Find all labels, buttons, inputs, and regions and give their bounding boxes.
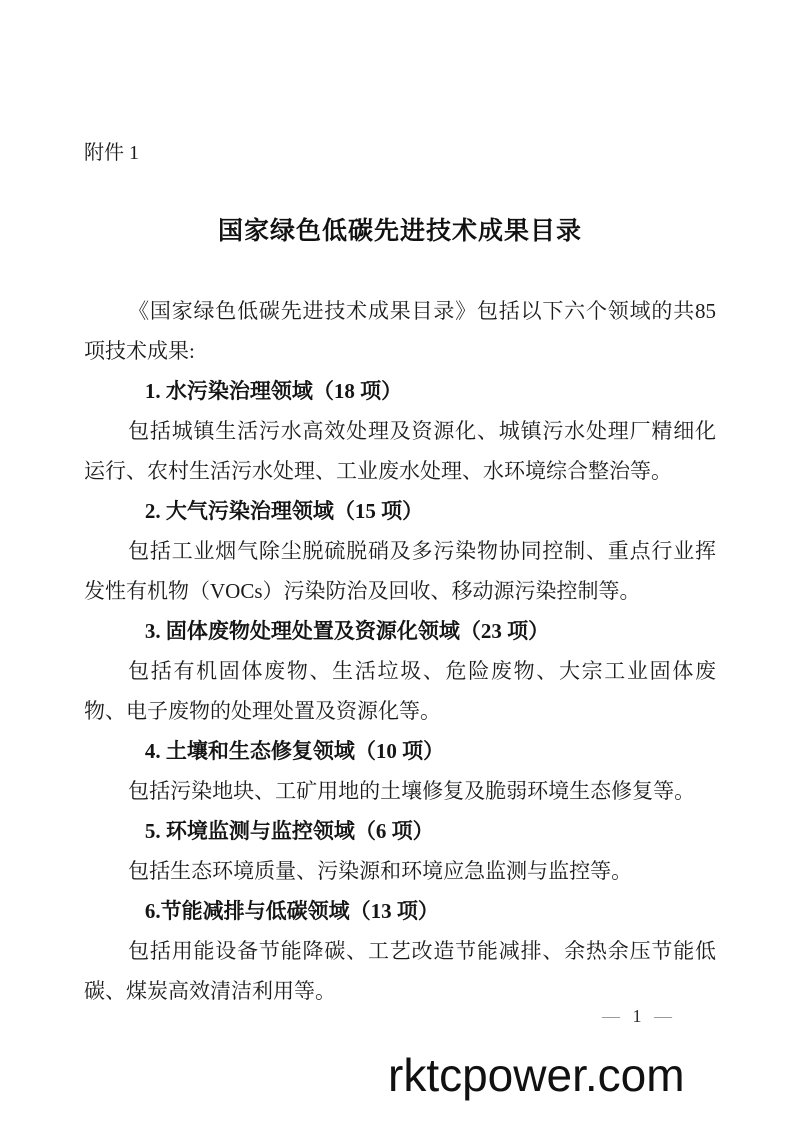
page-title: 国家绿色低碳先进技术成果目录 (84, 216, 716, 248)
section-6-body: 包括用能设备节能降碳、工艺改造节能减排、余热余压节能低碳、煤炭高效清洁利用等。 (84, 931, 716, 1011)
page-content: 附件 1 国家绿色低碳先进技术成果目录 《国家绿色低碳先进技术成果目录》包括以下… (84, 140, 716, 1011)
section-4-heading: 4. 土壤和生态修复领域（10 项） (84, 731, 716, 771)
page-number-value: 1 (629, 1006, 648, 1026)
document-page: 附件 1 国家绿色低碳先进技术成果目录 《国家绿色低碳先进技术成果目录》包括以下… (0, 0, 800, 1131)
intro-paragraph: 《国家绿色低碳先进技术成果目录》包括以下六个领域的共85 项技术成果: (84, 291, 716, 371)
section-2-body: 包括工业烟气除尘脱硫脱硝及多污染物协同控制、重点行业挥发性有机物（VOCs）污染… (84, 531, 716, 611)
section-1-body: 包括城镇生活污水高效处理及资源化、城镇污水处理厂精细化运行、农村生活污水处理、工… (84, 411, 716, 491)
section-2-heading: 2. 大气污染治理领域（15 项） (84, 491, 716, 531)
section-1-heading: 1. 水污染治理领域（18 项） (84, 371, 716, 411)
document-body: 《国家绿色低碳先进技术成果目录》包括以下六个领域的共85 项技术成果: 1. 水… (84, 291, 716, 1011)
section-4-body: 包括污染地块、工矿用地的土壤修复及脆弱环境生态修复等。 (84, 771, 716, 811)
section-3-heading: 3. 固体废物处理处置及资源化领域（23 项） (84, 611, 716, 651)
section-3-body: 包括有机固体废物、生活垃圾、危险废物、大宗工业固体废物、电子废物的处理处置及资源… (84, 651, 716, 731)
watermark-text: rktcpower.com (388, 1046, 685, 1104)
section-5-body: 包括生态环境质量、污染源和环境应急监测与监控等。 (84, 851, 716, 891)
section-5-heading: 5. 环境监测与监控领域（6 项） (84, 811, 716, 851)
section-6-heading: 6.节能减排与低碳领域（13 项） (84, 891, 716, 931)
page-number-dash-left: — (602, 1006, 622, 1026)
attachment-label: 附件 1 (84, 140, 716, 166)
page-number-dash-right: — (654, 1006, 674, 1026)
page-number: — 1 — (602, 1004, 674, 1028)
